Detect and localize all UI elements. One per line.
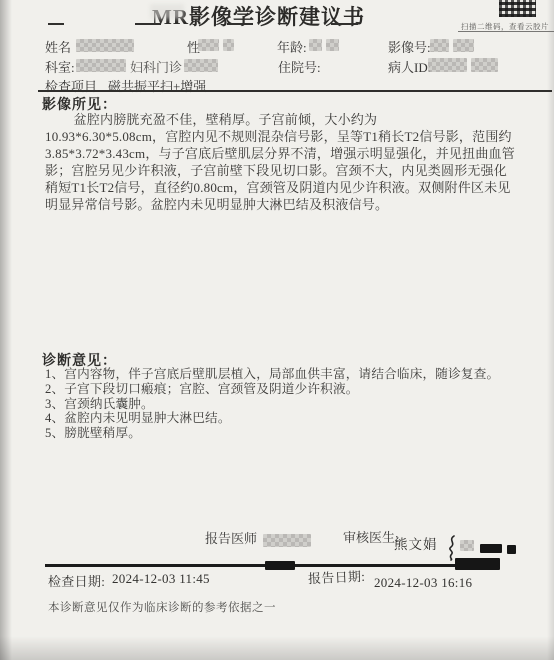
redacted-patient-id [471,58,498,72]
redacted-department [184,59,218,72]
redacted-signature-block [507,545,516,554]
review-doctor-label: 审核医生: [343,527,399,546]
review-doctor-name: 熊文娟 [394,533,438,553]
scan-artifact-dash [48,23,64,25]
redacted-image-no [453,39,474,52]
diagnosis-list: 1、宫内容物，伴子宫底后壁肌层植入，局部血供丰富，请结合临床，随诊复查。 2、子… [45,367,521,441]
redacted-gender [198,39,219,51]
exam-date-label: 检查日期: [48,571,105,590]
redaction-on-divider [455,558,500,570]
name-label: 姓名 [45,37,71,56]
exam-date-value: 2024-12-03 11:45 [112,571,210,587]
diagnosis-item: 1、宫内容物，伴子宫底后壁肌层植入，局部血供丰富，请结合临床，随诊复查。 [45,367,521,382]
diagnosis-item: 3、宫颈纳氏囊肿。 [45,397,521,412]
report-date-value: 2024-12-03 16:16 [374,575,472,591]
redacted-patient-id [428,58,467,72]
department-value: 妇科门诊 [130,57,182,76]
redacted-signature [460,540,474,551]
redaction-on-divider [265,561,295,570]
redacted-image-no [430,39,449,52]
scan-artifact-dash [331,23,358,25]
qr-code-icon [499,0,536,17]
image-no-label: 影像号: [388,37,431,56]
qr-caption-underline [458,31,554,32]
redacted-signature-block [480,544,502,553]
redacted-age [309,39,322,51]
redacted-report-doctor [263,534,311,547]
disclaimer-text: 本诊断意见仅作为临床诊断的参考依据之一 [48,599,276,615]
age-label: 年龄: [277,37,307,56]
findings-body: 盆腔内膀胱充盈不佳，壁稍厚。子宫前倾，大小约为 10.93*6.30*5.08c… [45,111,517,213]
redacted-name [76,39,134,52]
exam-item-value: 磁共振平扫+增强 [108,76,206,95]
redacted-age [326,39,339,51]
scan-edge-bottom [0,636,554,660]
redacted-department [76,59,126,72]
scan-edge-left [0,0,12,660]
department-label: 科室: [45,57,75,76]
scan-artifact-dash [227,23,253,25]
report-date-label: 报告日期: [308,566,366,587]
header-divider [38,90,552,92]
diagnosis-item: 4、盆腔内未见明显肿大淋巴结。 [45,411,521,426]
scan-edge-right [547,0,554,660]
admission-no-label: 住院号: [278,57,321,76]
report-doctor-label: 报告医师 [205,528,257,547]
scan-artifact-dash [135,23,161,25]
diagnosis-item: 5、膀胱壁稍厚。 [45,426,521,441]
diagnosis-item: 2、子宫下段切口瘢痕；宫腔、宫颈管及阴道少许积液。 [45,382,521,397]
exam-item-label: 检查项目 [45,76,97,95]
redacted-gender [223,39,234,51]
patient-id-label: 病人ID: [388,57,431,76]
title-blur-smudge [150,4,184,19]
